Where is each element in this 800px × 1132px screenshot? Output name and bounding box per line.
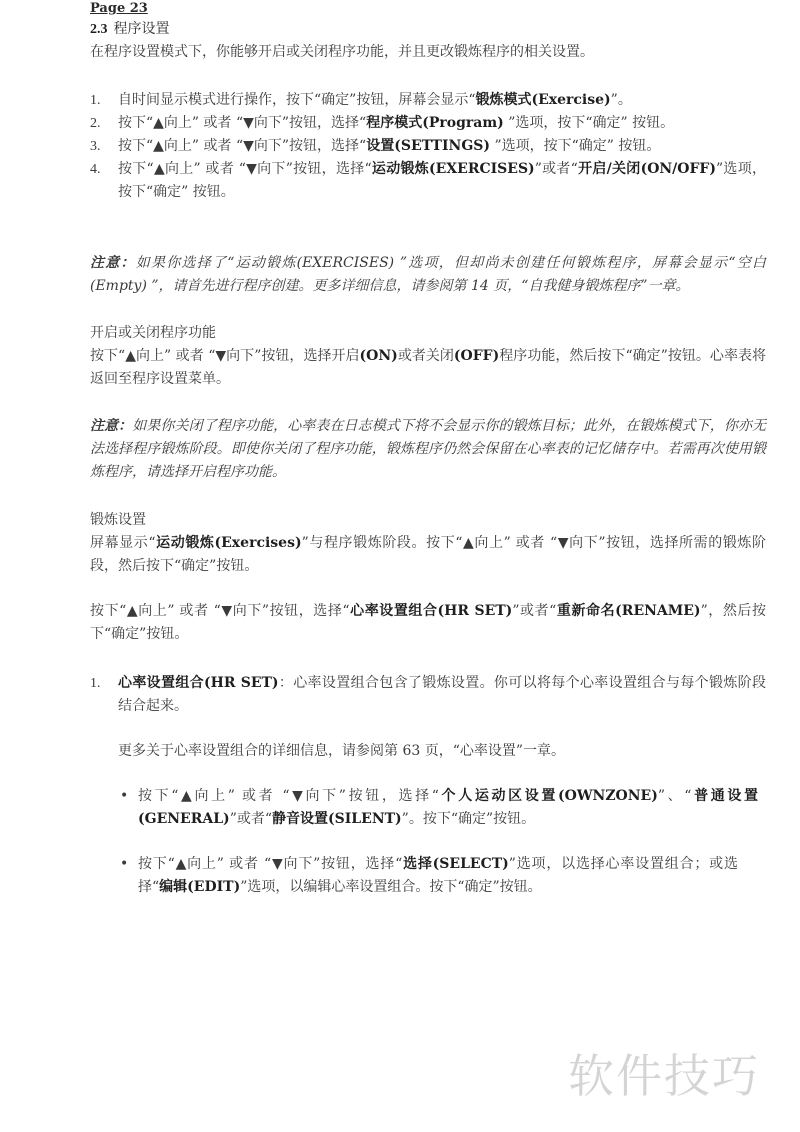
hrset-section: 1.心率设置组合(HR SET)：心率设置组合包含了锻炼设置。你可以将每个心率设… <box>90 672 766 899</box>
bullet-bold: 个人运动区设置(OWNZONE) <box>439 788 658 804</box>
bullet-item: •按下“▲向上” 或者 “▼向下”按钮，选择“选择(SELECT)”选项，以选择… <box>118 853 738 899</box>
step-number: 4. <box>90 158 101 181</box>
exercise-settings-p2: 按下“▲向上” 或者 “▼向下”按钮，选择“心率设置组合(HR SET)”或者“… <box>90 600 766 646</box>
step-text: 自时间显示模式进行操作，按下“确定”按钮，屏幕会显示“ <box>118 92 475 108</box>
watermark: 软件技巧 <box>568 1040 760 1106</box>
step-item: 2.按下“▲向上” 或者 “▼向下”按钮，选择“程序模式(Program) ”选… <box>90 112 766 135</box>
note-text: 如果你选择了“运动锻炼(EXERCISES) ”选项，但却尚未创建任何锻炼程序，… <box>90 255 766 294</box>
hrset-more-info: 更多关于心率设置组合的详细信息，请参阅第 63 页，“心率设置”一章。 <box>90 740 766 763</box>
note-label: 注意： <box>90 418 132 434</box>
onoff-heading: 开启或关闭程序功能 <box>90 322 766 345</box>
bullet-text: ”或者“ <box>230 811 272 827</box>
exercise-settings-heading: 锻炼设置 <box>90 509 766 532</box>
intro-text: 在程序设置模式下，你能够开启或关闭程序功能，并且更改锻炼程序的相关设置。 <box>90 41 766 64</box>
note-text: 如果你关闭了程序功能，心率表在日志模式下将不会显示你的锻炼目标；此外，在锻炼模式… <box>90 418 766 480</box>
onoff-section: 开启或关闭程序功能 按下“▲向上” 或者 “▼向下”按钮，选择开启(ON)或者关… <box>90 322 766 391</box>
step-number: 3. <box>90 135 101 158</box>
step-bold: 运动锻炼(EXERCISES) <box>372 161 535 177</box>
step-text: ”或者“ <box>535 161 578 177</box>
step-number: 2. <box>90 112 101 135</box>
step-text: ”选项，按下“确定” 按钮。 <box>490 138 660 154</box>
bullet-bold: 静音设置(SILENT) <box>272 811 402 827</box>
bullet-text: ”。按下“确定”按钮。 <box>402 811 535 827</box>
bullet-item: •按下“▲向上” 或者 “▼向下”按钮，选择“个人运动区设置(OWNZONE)”… <box>118 785 758 831</box>
bullet-text: ”选项，以编辑心率设置组合。按下“确定”按钮。 <box>240 879 541 895</box>
onoff-text: 或者关闭 <box>398 348 454 364</box>
hrset-bold: 心率设置组合(HR SET) <box>118 675 279 691</box>
bold-text: 运动锻炼(Exercises) <box>156 535 302 551</box>
intro-paragraph: 在程序设置模式下，你能够开启或关闭程序功能，并且更改锻炼程序的相关设置。 <box>90 41 766 64</box>
step-bold: 开启/关闭(ON/OFF) <box>578 161 716 177</box>
bullet-bold: 选择(SELECT) <box>402 856 509 872</box>
bullet-text: 按下“▲向上” 或者 “▼向下”按钮，选择“ <box>138 856 402 872</box>
item-number: 1. <box>90 672 101 695</box>
bullet-bold: 编辑(EDIT) <box>159 879 240 895</box>
step-bold: 锻炼模式(Exercise) <box>475 92 610 108</box>
step-item: 3.按下“▲向上” 或者 “▼向下”按钮，选择“设置(SETTINGS) ”选项… <box>90 135 766 158</box>
bullet-text: ”、“ <box>658 788 692 804</box>
steps-list: 1.自时间显示模式进行操作，按下“确定”按钮，屏幕会显示“锻炼模式(Exerci… <box>90 89 766 204</box>
note-label: 注意： <box>90 255 136 271</box>
onoff-paragraph: 按下“▲向上” 或者 “▼向下”按钮，选择开启(ON)或者关闭(OFF)程序功能… <box>90 345 766 391</box>
step-item: 1.自时间显示模式进行操作，按下“确定”按钮，屏幕会显示“锻炼模式(Exerci… <box>90 89 766 112</box>
bold-text: 重新命名(RENAME) <box>556 603 700 619</box>
off-label: (OFF) <box>454 348 499 364</box>
exercise-settings-section: 锻炼设置 屏幕显示“运动锻炼(Exercises)”与程序锻炼阶段。按下“▲向上… <box>90 509 766 646</box>
step-text: ”选项，按下“确定” 按钮。 <box>504 115 674 131</box>
section-title-text: 程序设置 <box>114 21 170 37</box>
text: ”或者“ <box>512 603 556 619</box>
section-number: 2.3 <box>90 22 108 37</box>
on-label: (ON) <box>360 348 398 364</box>
onoff-text: 按下“▲向上” 或者 “▼向下”按钮，选择开启 <box>90 348 360 364</box>
step-bold: 设置(SETTINGS) <box>366 138 490 154</box>
exercise-settings-p1: 屏幕显示“运动锻炼(Exercises)”与程序锻炼阶段。按下“▲向上” 或者 … <box>90 532 766 578</box>
step-bold: 程序模式(Program) <box>366 115 504 131</box>
page-label: Page 23 <box>90 0 148 18</box>
text: 屏幕显示“ <box>90 535 156 551</box>
step-text: 按下“▲向上” 或者 “▼向下”按钮，选择“ <box>118 138 366 154</box>
bold-text: 心率设置组合(HR SET) <box>350 603 513 619</box>
section-title: 2.3程序设置 <box>90 19 170 40</box>
note-empty: 注意：如果你选择了“运动锻炼(EXERCISES) ”选项，但却尚未创建任何锻炼… <box>90 252 766 298</box>
bullet-text: 按下“▲向上” 或者 “▼向下”按钮，选择“ <box>138 788 439 804</box>
hrset-item: 1.心率设置组合(HR SET)：心率设置组合包含了锻炼设置。你可以将每个心率设… <box>90 672 766 718</box>
bullet-icon: • <box>120 853 128 876</box>
step-item: 4.按下“▲向上” 或者 “▼向下”按钮，选择“运动锻炼(EXERCISES)”… <box>90 158 766 204</box>
note-disabled: 注意：如果你关闭了程序功能，心率表在日志模式下将不会显示你的锻炼目标；此外，在锻… <box>90 415 766 484</box>
step-text: 按下“▲向上” 或者 “▼向下”按钮，选择“ <box>118 115 366 131</box>
step-number: 1. <box>90 89 101 112</box>
bullet-icon: • <box>120 785 128 808</box>
step-text: 按下“▲向上” 或者 “▼向下”按钮，选择“ <box>118 161 372 177</box>
step-text: ”。 <box>611 92 632 108</box>
text: 按下“▲向上” 或者 “▼向下”按钮，选择“ <box>90 603 350 619</box>
